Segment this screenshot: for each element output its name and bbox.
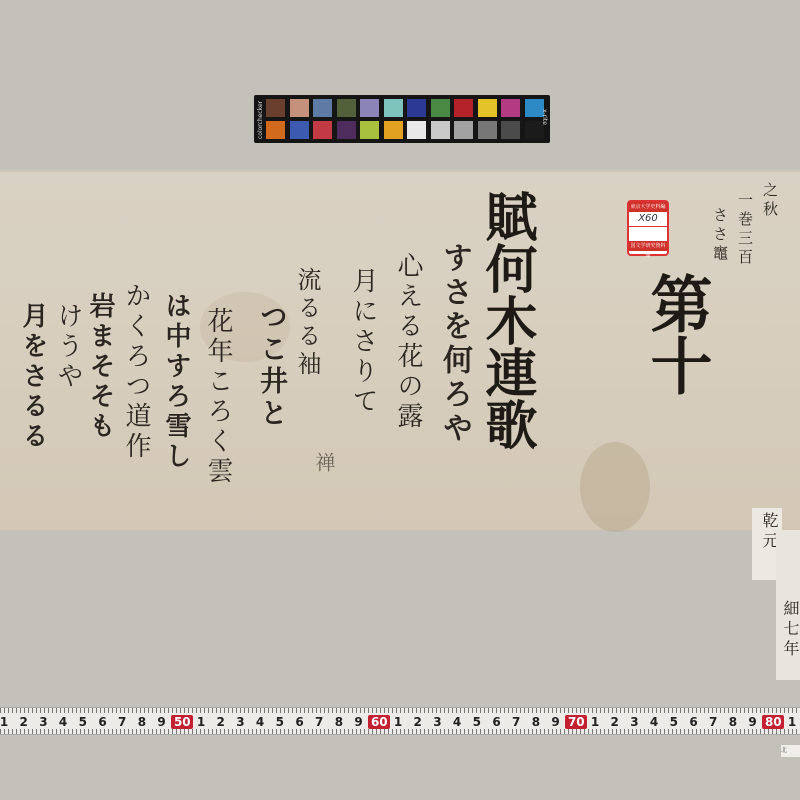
ruler-label: 1 [191,715,211,729]
right-note: 一巻三百 [735,192,756,268]
ruler-label: 3 [230,715,250,729]
ruler-label: 7 [309,715,329,729]
ruler-label: 6 [684,715,704,729]
color-patch [337,121,356,139]
poem-column: 流るる袖 [290,267,325,379]
corner-tag: 北 [781,745,800,757]
heading: 賦何木連歌 [480,190,532,450]
ruler-label: 2 [14,715,34,729]
ruler-label: 7 [506,715,526,729]
calligraphy-scroll: 第十 賦何木連歌 ささ竈 一巻三百 之秋 すさを何ろや 心える花の露 月にさりて… [0,172,800,530]
color-patch [501,99,520,117]
ruler-label: 3 [624,715,644,729]
ruler-label: 2 [211,715,231,729]
ruler-label: 9 [152,715,172,729]
poem-column: 岩まそそも [82,292,119,442]
color-patch [407,99,426,117]
color-patch [290,99,309,117]
poem-column: かくろつ道作 [118,282,155,462]
label-bottom: 国文学研究資料館 [629,241,667,251]
ruler-label: 6 [93,715,113,729]
ruler-label: 8 [132,715,152,729]
label-blank [629,227,667,241]
ruler-label: 3 [33,715,53,729]
measuring-ruler: 1234567895012345678960123456789701234567… [0,707,800,735]
ruler-label: 1 [585,715,605,729]
poem-column: つこ井と [252,302,292,430]
color-patch [266,121,285,139]
checker-brand: colorchecker [257,99,265,139]
ruler-ticks [0,708,800,713]
color-patch [454,99,473,117]
water-stain [580,442,650,532]
checker-brand-right: x-rite [541,109,548,125]
ruler-label: 5 [664,715,684,729]
ruler-label: 5 [73,715,93,729]
ruler-label: 70 [565,715,587,729]
ruler-label: 8 [723,715,743,729]
poem-column: すさを何ろや [432,242,476,446]
ruler-label: 1 [388,715,408,729]
right-note: ささ竈 [710,207,731,264]
ruler-label: 4 [53,715,73,729]
ruler-label: 9 [743,715,763,729]
ruler-label: 1 [0,715,14,729]
ruler-label: 8 [526,715,546,729]
poem-column: 月をさるる [15,302,52,452]
ruler-label: 60 [368,715,390,729]
poem-column: 花年ころく雲 [200,307,237,487]
color-patch [478,121,497,139]
label-number: X60 [629,212,667,227]
poem-column: は中すろ雪し [158,292,195,472]
ruler-label: 1 [782,715,800,729]
label-top: 東京大学史料編纂所 [629,202,667,212]
color-patch [313,99,332,117]
ruler-label: 2 [408,715,428,729]
color-patch [266,99,285,117]
ruler-label: 7 [703,715,723,729]
color-checker-card: colorchecker x-rite [254,95,550,143]
color-patch [384,121,403,139]
ruler-label: 6 [290,715,310,729]
color-patch [478,99,497,117]
ruler-label: 6 [487,715,507,729]
poem-column: 心える花の露 [390,252,427,432]
ruler-label: 3 [427,715,447,729]
ruler-label: 5 [270,715,290,729]
ruler-label: 2 [605,715,625,729]
color-patch [431,99,450,117]
color-patch [360,99,379,117]
ruler-label: 4 [250,715,270,729]
color-patch [501,121,520,139]
ruler-label: 8 [329,715,349,729]
color-patch [384,99,403,117]
color-patch [407,121,426,139]
color-patch [360,121,379,139]
ruler-label: 9 [546,715,566,729]
ruler-ticks [0,729,800,734]
side-tag: 細七年 [776,530,800,680]
section-title: 第十 [632,272,721,396]
ruler-label: 9 [349,715,369,729]
ruler-label: 50 [171,715,193,729]
color-patch [431,121,450,139]
poem-column: けうや [50,302,87,392]
color-patch [313,121,332,139]
ruler-label: 5 [467,715,487,729]
ruler-label: 4 [644,715,664,729]
ruler-label: 7 [112,715,132,729]
ruler-label: 4 [447,715,467,729]
collection-label: 東京大学史料編纂所 X60 国文学研究資料館 [627,200,669,256]
signature: 禅 [310,452,339,476]
color-patch [337,99,356,117]
ruler-label: 80 [762,715,784,729]
color-patch [454,121,473,139]
poem-column: 月にさりて [345,267,382,417]
right-note: 之秋 [760,182,781,220]
color-patches [266,99,544,139]
color-patch [290,121,309,139]
